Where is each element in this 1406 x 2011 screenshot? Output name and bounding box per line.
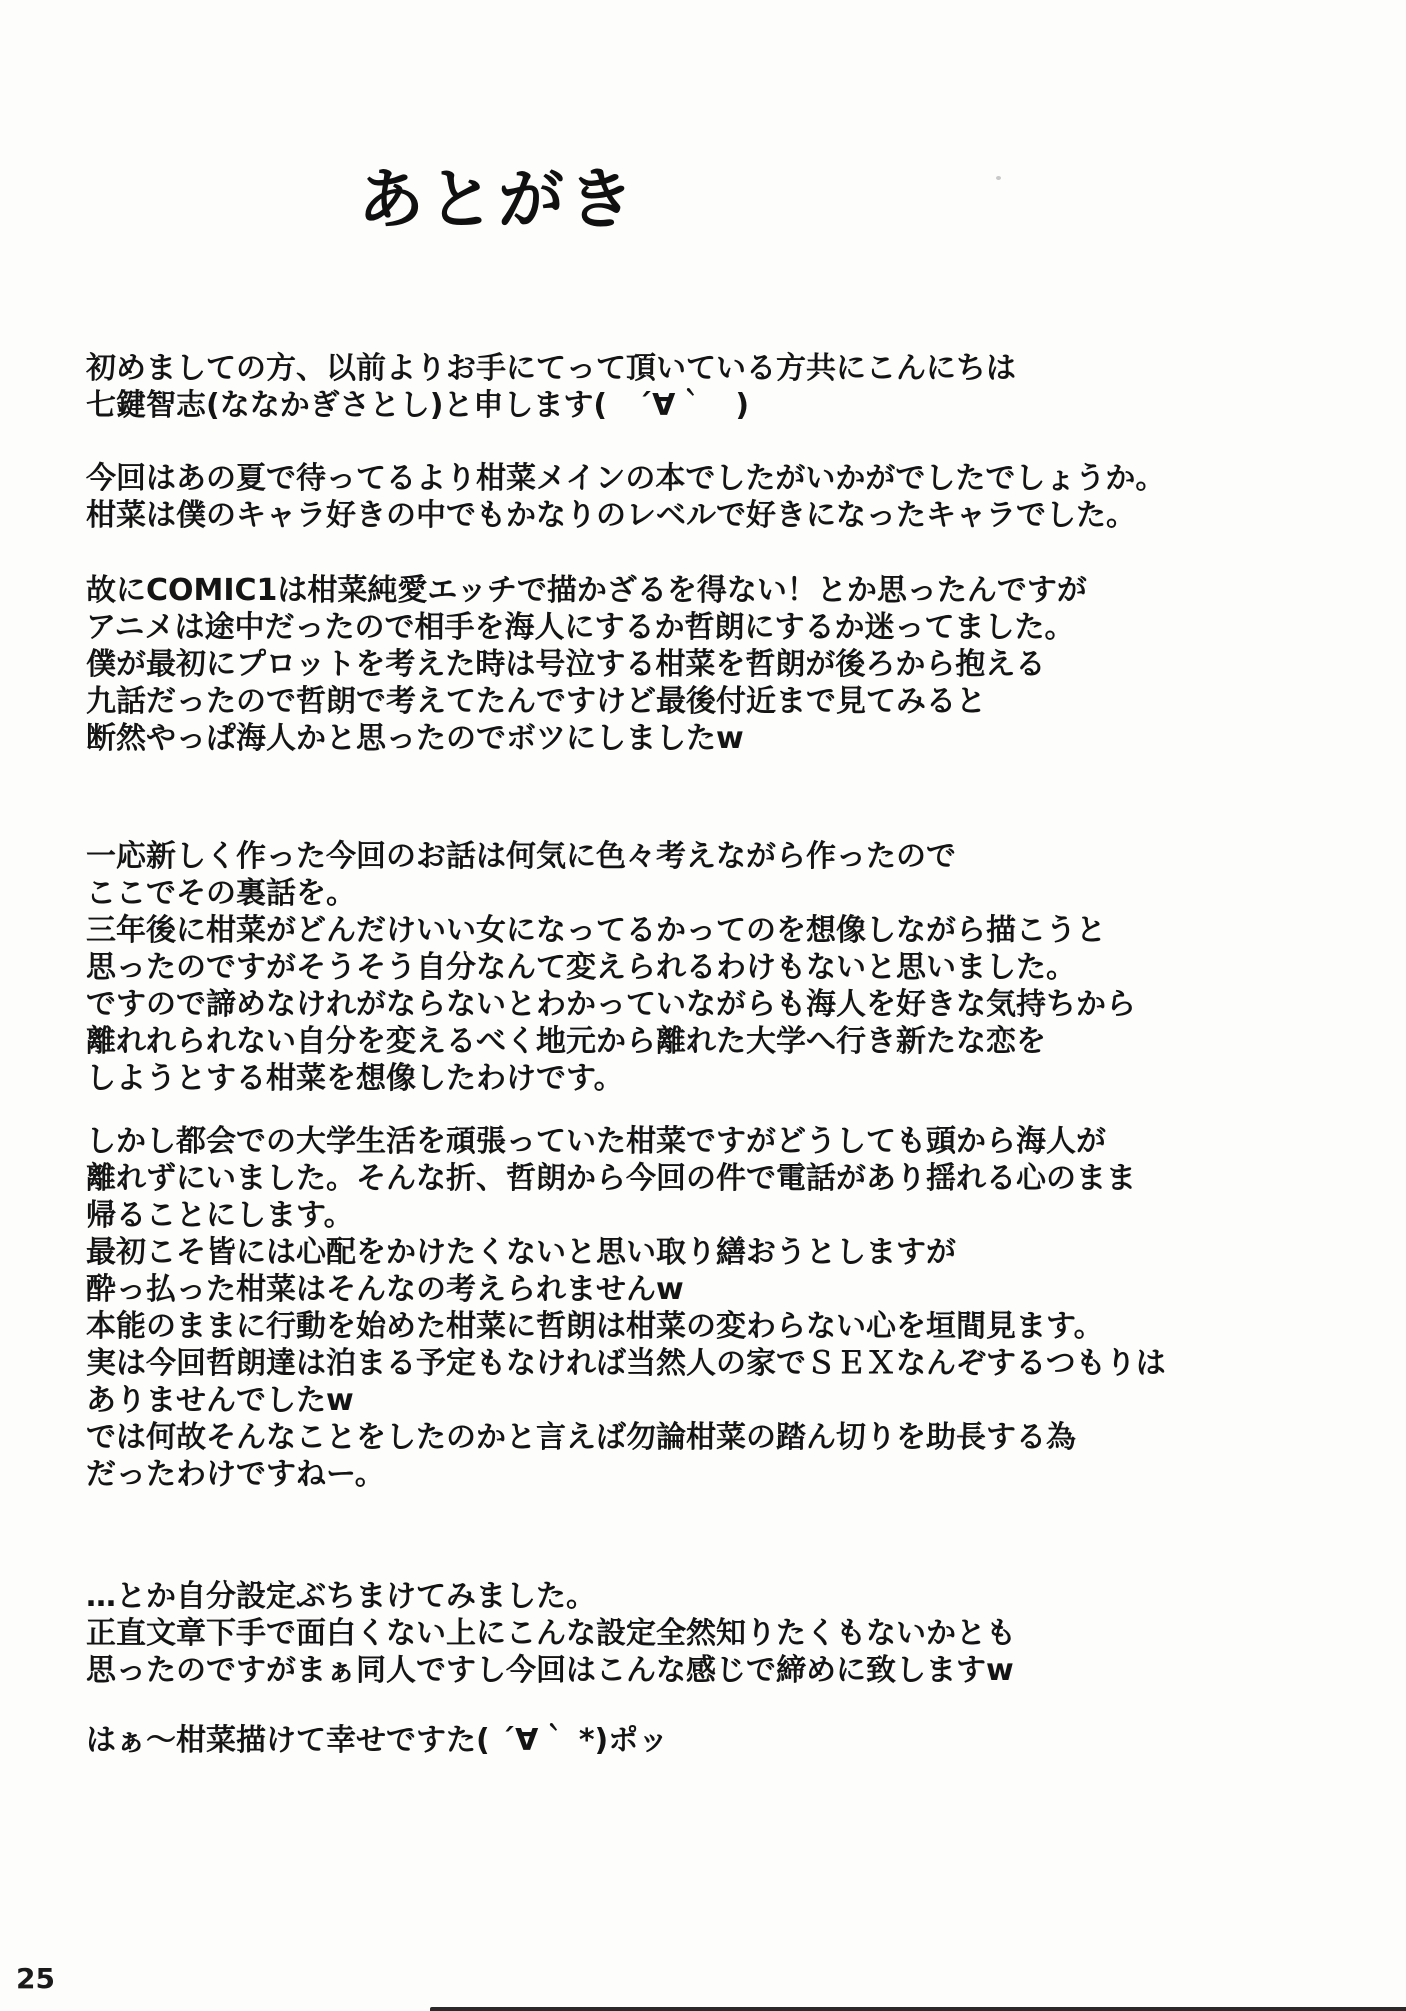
page-number: 25 [16,1962,55,1995]
text-line: 九話だったので哲朗で考えてたんですけど最後付近まで見てみると [86,683,1386,720]
text-line: 思ったのですがそうそう自分なんて変えられるわけもないと思いました。 [86,949,1386,986]
text-line: しようとする柑菜を想像したわけです。 [86,1060,1386,1097]
text-line: ですので諦めなけれがならないとわかっていながらも海人を好きな気持ちから [86,986,1386,1023]
text-line: 断然やっぱ海人かと思ったのでボツにしましたw [86,720,1386,757]
text-line: ありませんでしたw [86,1382,1386,1419]
scan-edge-artifact [430,2007,1406,2011]
text-line: 初めましての方、以前よりお手にてって頂いている方共にこんにちは [86,350,1386,387]
afterword-paragraph-greeting: 初めましての方、以前よりお手にてって頂いている方共にこんにちは 七鍵智志(ななか… [86,350,1386,424]
page-title: あとがき [358,146,638,241]
text-line: アニメは途中だったので相手を海人にするか哲朗にするか迷ってました。 [86,609,1386,646]
afterword-paragraph-final-note: はぁ〜柑菜描けて幸せですた( ´∀｀ *)ポッ [86,1722,1386,1759]
afterword-paragraph-backstory: 一応新しく作った今回のお話は何気に色々考えながら作ったので ここでその裏話を。 … [86,838,1386,1097]
text-line: 故にCOMIC1は柑菜純愛エッチで描かざるを得ない！とか思ったんですが [86,572,1386,609]
afterword-page: あとがき 初めましての方、以前よりお手にてって頂いている方共にこんにちは 七鍵智… [0,0,1406,2011]
afterword-paragraph-story-details: しかし都会での大学生活を頑張っていた柑菜ですがどうしても頭から海人が 離れずにい… [86,1123,1386,1493]
text-line: 七鍵智志(ななかぎさとし)と申します( ´∀｀ ) [86,387,1386,424]
afterword-paragraph-book-intro: 今回はあの夏で待ってるより柑菜メインの本でしたがいかがでしたでしょうか。 柑菜は… [86,460,1386,534]
text-line: しかし都会での大学生活を頑張っていた柑菜ですがどうしても頭から海人が [86,1123,1386,1160]
text-line: 今回はあの夏で待ってるより柑菜メインの本でしたがいかがでしたでしょうか。 [86,460,1386,497]
text-line: 本能のままに行動を始めた柑菜に哲朗は柑菜の変わらない心を垣間見ます。 [86,1308,1386,1345]
text-line: 一応新しく作った今回のお話は何気に色々考えながら作ったので [86,838,1386,875]
text-line: はぁ〜柑菜描けて幸せですた( ´∀｀ *)ポッ [86,1722,1386,1759]
text-line: 酔っ払った柑菜はそんなの考えられませんw [86,1271,1386,1308]
text-line: ここでその裏話を。 [86,875,1386,912]
text-line: 最初こそ皆には心配をかけたくないと思い取り繕おうとしますが [86,1234,1386,1271]
text-line: …とか自分設定ぶちまけてみました。 [86,1578,1386,1615]
text-line: 思ったのですがまぁ同人ですし今回はこんな感じで締めに致しますw [86,1652,1386,1689]
text-line: 帰ることにします。 [86,1197,1386,1234]
text-line: 三年後に柑菜がどんだけいい女になってるかってのを想像しながら描こうと [86,912,1386,949]
afterword-paragraph-closing: …とか自分設定ぶちまけてみました。 正直文章下手で面白くない上にこんな設定全然知… [86,1578,1386,1689]
text-line: だったわけですねー。 [86,1456,1386,1493]
text-line: では何故そんなことをしたのかと言えば勿論柑菜の踏ん切りを助長する為 [86,1419,1386,1456]
text-line: 柑菜は僕のキャラ好きの中でもかなりのレベルで好きになったキャラでした。 [86,497,1386,534]
text-line: 正直文章下手で面白くない上にこんな設定全然知りたくもないかとも [86,1615,1386,1652]
text-line: 離れずにいました。そんな折、哲朗から今回の件で電話があり揺れる心のまま [86,1160,1386,1197]
text-line: 離れれられない自分を変えるべく地元から離れた大学へ行き新たな恋を [86,1023,1386,1060]
scan-speck-artifact [996,176,1001,180]
text-line: 実は今回哲朗達は泊まる予定もなければ当然人の家でＳＥＸなんぞするつもりは [86,1345,1386,1382]
afterword-paragraph-comic1: 故にCOMIC1は柑菜純愛エッチで描かざるを得ない！とか思ったんですが アニメは… [86,572,1386,757]
text-line: 僕が最初にプロットを考えた時は号泣する柑菜を哲朗が後ろから抱える [86,646,1386,683]
